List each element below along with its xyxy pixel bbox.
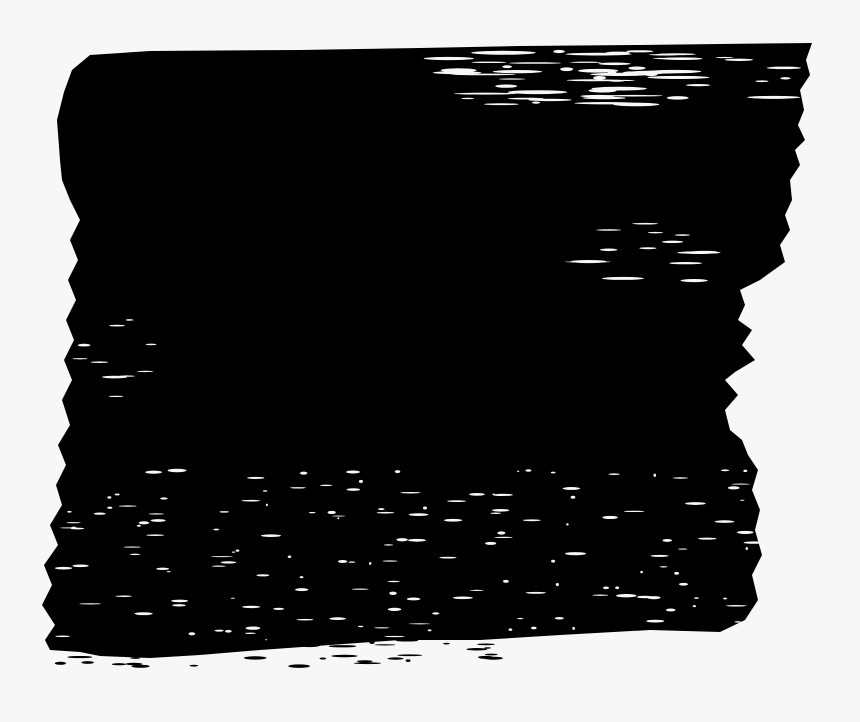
brush-stroke xyxy=(42,43,812,668)
brush-stroke-canvas xyxy=(0,0,860,722)
